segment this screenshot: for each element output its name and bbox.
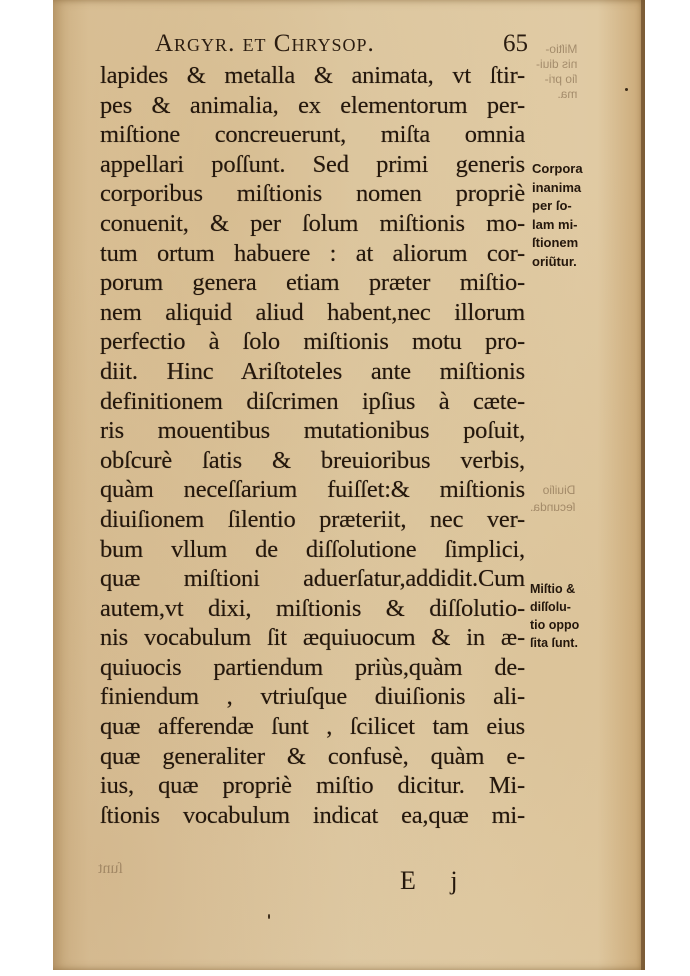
page-number: 65	[503, 30, 528, 58]
signature-mark: E j	[400, 866, 472, 896]
text-line: quàm neceſſarium fuiſſet:& miſtionis	[100, 475, 525, 505]
text-line: conuenit, & per ſolum miſtionis mo-	[100, 209, 525, 239]
text-line: autem,vt dixi, miſtionis & diſſolutio-	[100, 594, 525, 624]
running-head: Argyr. et Chrysop.	[155, 30, 525, 58]
text-line: quæ miſtioni aduerſatur,addidit.Cum	[100, 564, 525, 594]
text-line: obſcurè ſatis & breuioribus verbis,	[100, 446, 525, 476]
text-line: ius, quæ propriè miſtio dicitur. Mi-	[100, 771, 525, 801]
text-line: perfectio à ſolo miſtionis motu pro-	[100, 327, 525, 357]
text-line: definitionem diſcrimen ipſius à cæte-	[100, 387, 525, 417]
text-line: pes & animalia, ex elementorum per-	[100, 91, 525, 121]
text-line: quæ afferendæ ſunt , ſcilicet tam eius	[100, 712, 525, 742]
text-line: corporibus miſtionis nomen propriè	[100, 179, 525, 209]
text-line: quæ generaliter & confusè, quàm e-	[100, 742, 525, 772]
text-line: appellari poſſunt. Sed primi generis	[100, 150, 525, 180]
text-line: nis vocabulum ſit æquiuocum & in æ-	[100, 623, 525, 653]
text-line: ris mouentibus mutationibus poſuit,	[100, 416, 525, 446]
text-line: diit. Hinc Ariſtoteles ante miſtionis	[100, 357, 525, 387]
text-line: ſtionis vocabulum indicat ea,quæ mi-	[100, 801, 525, 831]
text-line: quiuocis partiendum priùs,quàm de-	[100, 653, 525, 683]
text-line: porum genera etiam præter miſtio-	[100, 268, 525, 298]
paper-speck	[625, 88, 628, 91]
text-line: tum ortum habuere : at aliorum cor-	[100, 239, 525, 269]
text-line: lapides & metalla & animata, vt ſtir-	[100, 61, 525, 91]
text-line: finiendum , vtriuſque diuiſionis ali-	[100, 682, 525, 712]
margin-note-corpora: Corpora inanima per ſo- lam mi- ſtionem …	[532, 160, 583, 271]
text-line: diuiſionem ſilentio præteriit, nec ver-	[100, 505, 525, 535]
show-through-catchword: ſunt	[98, 860, 123, 878]
text-line: nem aliquid aliud habent,nec illorum	[100, 298, 525, 328]
body-text-block: lapides & metalla & animata, vt ſtir- pe…	[100, 61, 525, 830]
text-line: miſtione concreuerunt, miſta omnia	[100, 120, 525, 150]
paper-speck	[268, 914, 270, 919]
text-line: bum vllum de diſſolutione ſimplici,	[100, 535, 525, 565]
margin-note-mistio-dissolutio: Miſtio & diſſolu- tio oppo ſita ſunt.	[530, 580, 579, 652]
show-through-margin-note: Miſtio- nis diui- ſio pri- ma.	[536, 42, 577, 102]
show-through-margin-note: Diuiſio ſecunda.	[530, 482, 575, 516]
